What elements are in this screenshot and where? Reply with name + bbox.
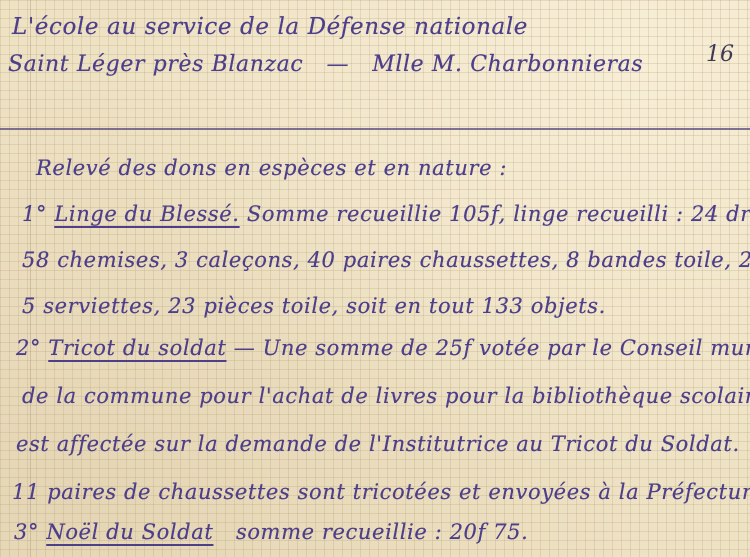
header-separator: —: [326, 52, 349, 77]
section-3-heading: Noël du Soldat: [46, 520, 213, 544]
section-1-line-3: 5 serviettes, 23 pièces toile, soit en t…: [22, 294, 606, 318]
horizontal-rule: [0, 128, 750, 130]
section-2-line-3: est affectée sur la demande de l'Institu…: [16, 432, 740, 456]
margin-line: [30, 0, 31, 557]
section-2-line-4: 11 paires de chaussettes sont tricotées …: [12, 480, 750, 504]
section-2-line-1: 2° Tricot du soldat — Une somme de 25f v…: [16, 336, 750, 360]
section-1-line-1: 1° Linge du Blessé. Somme recueillie 105…: [22, 202, 750, 226]
header-title: L'école au service de la Défense nationa…: [12, 14, 528, 40]
section-1-heading: Linge du Blessé.: [54, 202, 239, 226]
section-2-heading: Tricot du soldat: [48, 336, 226, 360]
intro-line: Relevé des dons en espèces et en nature …: [36, 156, 507, 180]
header-subtitle: Saint Léger près Blanzac — Mlle M. Charb…: [8, 52, 643, 77]
section-3-line-1: 3° Noël du Soldat somme recueillie : 20f…: [14, 520, 528, 544]
document-page: L'école au service de la Défense nationa…: [0, 0, 750, 557]
page-number: 16: [706, 42, 734, 67]
section-2-line-2: de la commune pour l'achat de livres pou…: [22, 384, 750, 408]
section-2-number: 2°: [16, 336, 41, 360]
section-3-text-1: somme recueillie : 20f 75.: [236, 520, 528, 544]
header-teacher: Mlle M. Charbonnieras: [372, 52, 643, 77]
section-3-number: 3°: [14, 520, 39, 544]
section-1-line-2: 58 chemises, 3 caleçons, 40 paires chaus…: [22, 248, 750, 272]
header-place: Saint Léger près Blanzac: [8, 52, 303, 77]
section-1-text-1: Somme recueillie 105f, linge recueilli :…: [247, 202, 750, 226]
section-2-text-1: — Une somme de 25f votée par le Conseil …: [234, 336, 750, 360]
section-1-number: 1°: [22, 202, 47, 226]
